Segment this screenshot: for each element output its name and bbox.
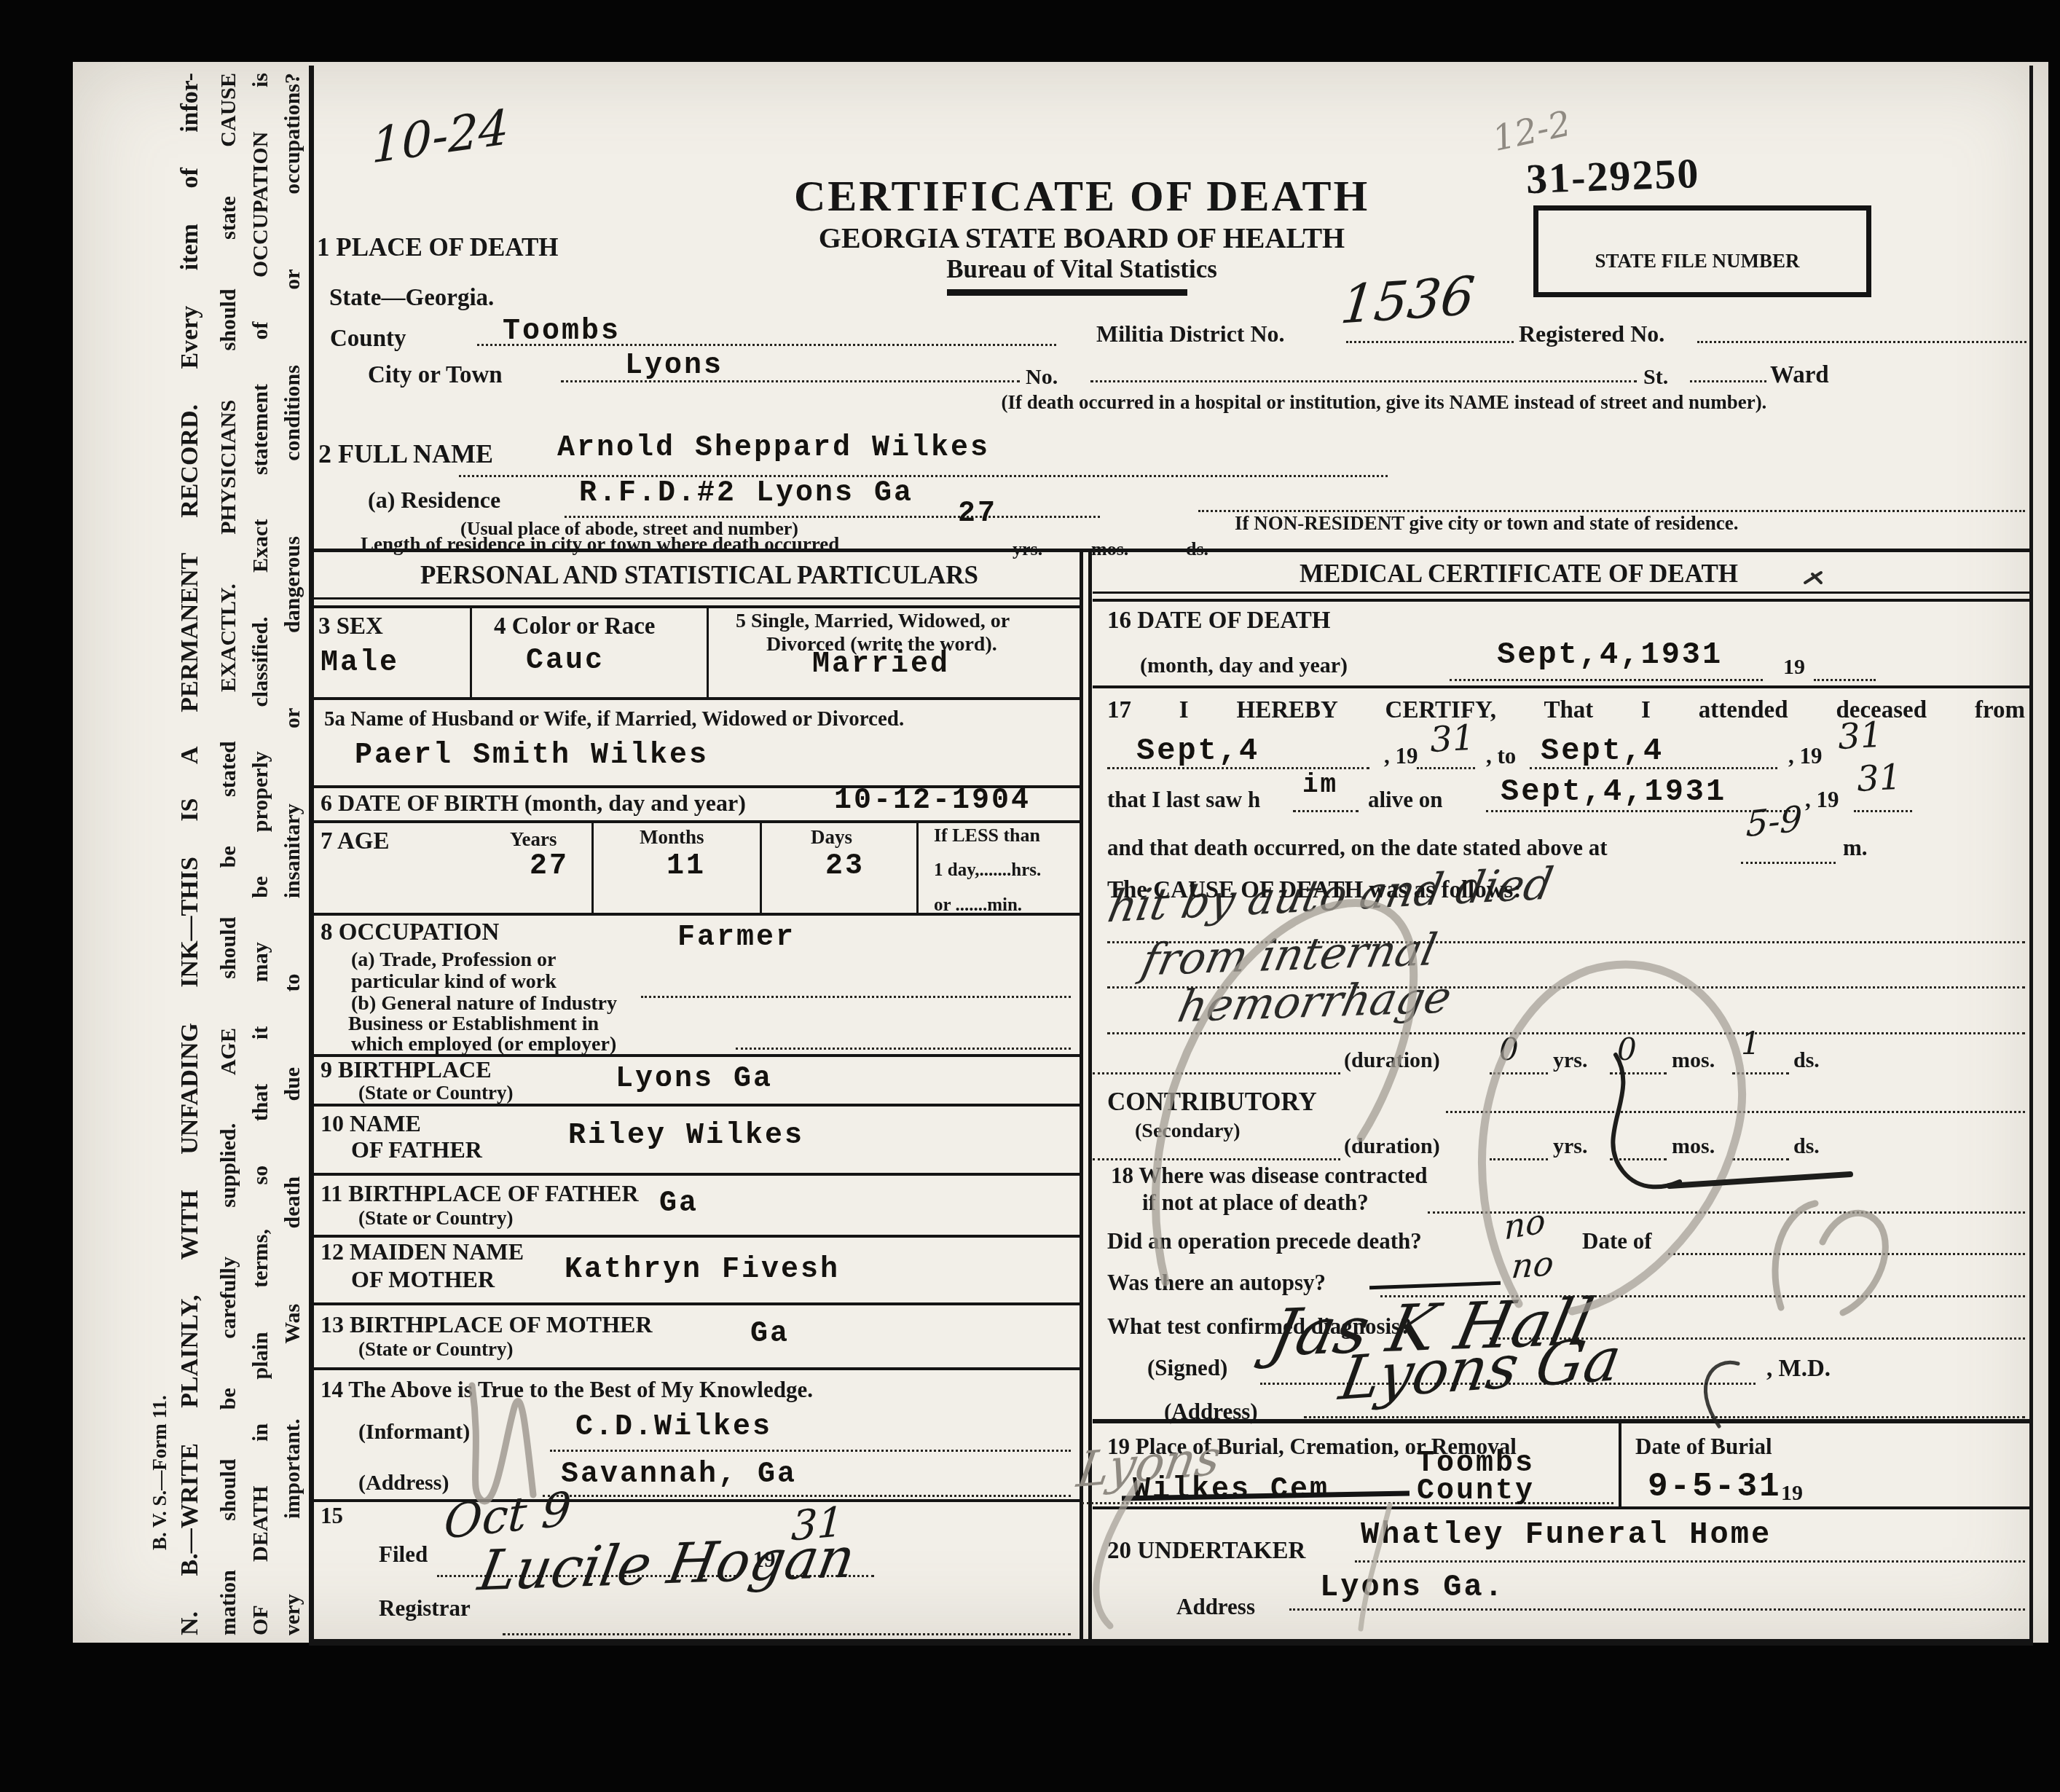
fill-line [1610, 1158, 1667, 1160]
truth-statement: 14 The Above is True to the Best of My K… [321, 1378, 813, 1402]
age-less-note-2: 1 day,.......hrs. [934, 861, 1041, 880]
city-or-town-label: City or Town [368, 363, 503, 388]
fill-line [561, 380, 1020, 382]
fill-line [1417, 767, 1475, 769]
race-value: Cauc [526, 647, 605, 676]
certify-statement: 17 I HEREBY CERTIFY, That I attended dec… [1107, 698, 2025, 723]
mother-maiden-label-1: 12 MAIDEN NAME [321, 1240, 524, 1265]
duration-yrs-label: yrs. [1553, 1049, 1588, 1072]
state-or-country-note: (State or Country) [358, 1082, 513, 1103]
father-name-label-2: OF FATHER [351, 1138, 482, 1163]
death-time-m-label: m. [1843, 836, 1868, 860]
scanned-death-certificate: B. V. S.—Form 11. N. B.—WRITE PLAINLY, W… [0, 0, 2060, 1792]
dob-value: 10-12-1904 [834, 787, 1031, 816]
secondary-label: (Secondary) [1135, 1120, 1241, 1141]
from-19-label: , 19 [1384, 744, 1418, 769]
age-months-label: Months [640, 827, 704, 847]
occupation-b-label-2: Business or Establishment in [348, 1013, 599, 1034]
age-years-value: 27 [530, 852, 569, 881]
fill-line [1289, 1608, 2025, 1611]
fill-line [1854, 810, 1912, 812]
hospital-note: (If death occurred in a hospital or inst… [911, 392, 1857, 412]
registered-no-label: Registered No. [1519, 322, 1664, 347]
last-year-value: 31 [1856, 760, 1903, 797]
birthplace-value: Lyons Ga [616, 1065, 773, 1094]
left-header-rule-b [310, 605, 1082, 608]
death-time-value: 5-9 [1745, 801, 1803, 843]
race-label: 4 Color or Race [494, 614, 655, 640]
signed-address-label: (Address) [1164, 1400, 1258, 1424]
form-left-border [309, 66, 314, 1645]
operation-label: Did an operation precede death? [1107, 1230, 1422, 1254]
duration2-yrs-label: yrs. [1553, 1135, 1588, 1158]
residence-label: (a) Residence [368, 488, 500, 513]
cell-divider [760, 822, 762, 913]
to-19-label: , 19 [1788, 744, 1823, 769]
mother-maiden-label-2: OF MOTHER [351, 1268, 495, 1292]
state-file-number-label: STATE FILE NUMBER [1548, 251, 1847, 271]
fill-line [1107, 1032, 2025, 1034]
row-rule [1093, 1506, 2029, 1509]
row-rule [310, 1367, 1080, 1370]
fill-line [1697, 341, 2026, 343]
occupation-a-label-1: (a) Trade, Profession or [351, 949, 557, 970]
age-less-note-3: or .......min. [934, 896, 1022, 915]
militia-district-value: 1536 [1338, 269, 1477, 331]
cell-divider [591, 822, 594, 913]
to-year-value: 31 [1837, 718, 1884, 755]
last-saw-date-value: Sept,4,1931 [1501, 777, 1726, 807]
age-years-label: Years [510, 829, 557, 849]
contributory-label: CONTRIBUTORY [1107, 1089, 1317, 1116]
death-occurred-label: and that death occurred, on the date sta… [1107, 836, 1608, 860]
registrar-signature: Lucile Hogan [475, 1530, 860, 1598]
father-name-label-1: 10 NAME [321, 1112, 421, 1136]
burial-place-struck-value: Wilkes Cem. [1133, 1476, 1349, 1505]
residence-value: R.F.D.#2 Lyons Ga [579, 479, 913, 508]
age-months-value: 11 [667, 852, 706, 881]
cell-divider [470, 606, 472, 697]
fill-line [550, 1450, 1071, 1452]
fill-line [1690, 380, 1766, 382]
filed-label: Filed [379, 1543, 428, 1567]
last-saw-label-1: that I last saw h [1107, 788, 1260, 812]
spouse-label: 5a Name of Husband or Wife, if Married, … [324, 708, 904, 730]
cell-divider [707, 606, 709, 697]
form-title: CERTIFICATE OF DEATH [765, 173, 1399, 219]
informant-address-value: Savannah, Ga [561, 1461, 797, 1490]
last-saw-label-2: alive on [1368, 788, 1442, 812]
fill-line [1450, 679, 1763, 681]
mother-birthplace-label: 13 BIRTHPLACE OF MOTHER [321, 1313, 653, 1337]
fill-line [1732, 1072, 1789, 1074]
duration-label: (duration) [1344, 1049, 1440, 1072]
form-number-note: B. V. S.—Form 11. [149, 1237, 170, 1550]
form-bureau: Bureau of Vital Statistics [765, 256, 1399, 283]
autopsy-value: no [1510, 1246, 1555, 1283]
fill-line [1090, 380, 1637, 382]
burial-date-label: Date of Burial [1635, 1435, 1772, 1459]
form-bottom-border [309, 1639, 2033, 1646]
duration-label: (duration) [1344, 1135, 1440, 1158]
fill-line [1346, 341, 1514, 343]
row-rule [310, 820, 1080, 823]
undertaker-address-label: Address [1176, 1595, 1255, 1619]
attended-from-value: Sept,4 [1136, 736, 1259, 766]
fill-line [1668, 1253, 2025, 1255]
row-rule [1093, 685, 2029, 688]
fill-line [1530, 767, 1777, 769]
father-name-value: Riley Wilkes [568, 1122, 804, 1151]
duration-ds-label: ds. [1793, 1049, 1820, 1072]
item-15-label: 15 [321, 1504, 343, 1528]
fill-line [641, 996, 1071, 998]
mother-maiden-value: Kathryn Fivesh [565, 1256, 840, 1285]
signed-label: (Signed) [1147, 1356, 1227, 1380]
to-label: , to [1486, 744, 1516, 769]
place-of-death-label: 1 PLACE OF DEATH [317, 235, 559, 262]
occupation-value: Farmer [677, 924, 795, 953]
medical-section-header: MEDICAL CERTIFICATE OF DEATH [1122, 561, 1916, 588]
autopsy-label: Was there an autopsy? [1107, 1271, 1326, 1295]
mother-birthplace-value: Ga [750, 1320, 790, 1349]
fill-line [503, 1633, 1071, 1635]
row-rule [310, 1235, 1080, 1238]
row-rule [310, 1302, 1080, 1305]
attended-to-value: Sept,4 [1541, 736, 1664, 766]
row-rule [310, 1499, 1080, 1502]
duration2-ds-label: ds. [1793, 1135, 1820, 1158]
duration-mos-label: mos. [1672, 1049, 1715, 1072]
fill-line [1093, 1158, 1340, 1160]
marital-label-1: 5 Single, Married, Widowed, or [736, 610, 1010, 632]
street-no-label: No. [1026, 366, 1058, 389]
birthplace-label: 9 BIRTHPLACE [321, 1058, 491, 1082]
length-of-residence-label: Length of residence in city or town wher… [361, 534, 839, 554]
date-of-death-value: Sept,4,1931 [1497, 640, 1723, 670]
margin-note-line-1: N. B.—WRITE PLAINLY, WITH UNFADING INK—T… [177, 73, 203, 1635]
occupation-b-label-3: which employed (or employer) [351, 1034, 616, 1055]
state-or-country-note: (State or Country) [358, 1339, 513, 1359]
left-header-rule-a [310, 597, 1082, 600]
nonresident-note: If NON-RESIDENT give city or town and st… [1235, 513, 1738, 533]
father-birthplace-value: Ga [659, 1190, 699, 1219]
fill-line [1741, 862, 1836, 864]
full-name-label: 2 FULL NAME [318, 441, 493, 468]
disease-contracted-label-2: if not at place of death? [1142, 1191, 1369, 1215]
father-birthplace-label: 11 BIRTHPLACE OF FATHER [321, 1182, 639, 1206]
operation-value: no [1504, 1203, 1545, 1245]
fill-line [543, 1495, 1071, 1497]
duration-yrs-value: 0 [1499, 1034, 1519, 1065]
dod-19-label: 19 [1783, 656, 1805, 679]
undertaker-address-value: Lyons Ga. [1320, 1572, 1505, 1603]
spouse-value: Paerl Smith Wilkes [355, 742, 709, 771]
last-saw-him: im [1302, 772, 1338, 798]
row-rule [310, 1173, 1080, 1176]
row-rule [310, 1104, 1080, 1107]
duration2-mos-label: mos. [1672, 1135, 1715, 1158]
fill-line [1304, 1416, 2025, 1418]
informant-value: C.D.Wilkes [575, 1413, 772, 1442]
city-or-town-value: Lyons [625, 352, 723, 381]
burial-date-value: 9-5-31 [1648, 1470, 1782, 1504]
fill-line [1490, 1072, 1548, 1074]
title-underline [947, 289, 1187, 296]
full-name-value: Arnold Sheppard Wilkes [557, 434, 990, 463]
right-header-rule-a [1093, 592, 2029, 594]
burial-cell-divider [1619, 1422, 1621, 1506]
form-org: GEORGIA STATE BOARD OF HEALTH [765, 223, 1399, 254]
state-file-number-value: 31-29250 [1525, 152, 1700, 202]
margin-note-line-3: OF DEATH in plain terms, so that it may … [249, 73, 272, 1635]
county-value: Toombs [503, 318, 621, 347]
fill-line [477, 344, 1056, 346]
fill-line [1355, 1560, 2025, 1563]
last-19-label: , 19 [1805, 788, 1839, 812]
fill-line [1093, 1072, 1340, 1074]
undertaker-label: 20 UNDERTAKER [1107, 1538, 1305, 1564]
burial-19-label: 19 [1781, 1482, 1803, 1505]
from-year-value: 31 [1429, 720, 1476, 758]
marital-value: Married [812, 651, 950, 680]
operation-date-label: Date of [1582, 1230, 1652, 1254]
fill-line [1610, 1072, 1667, 1074]
fill-line [1490, 1158, 1548, 1160]
yrs-label: yrs. [1013, 539, 1042, 559]
cell-divider [916, 822, 919, 913]
burial-county-value-1: Toombs [1417, 1450, 1535, 1479]
date-of-death-label: 16 DATE OF DEATH [1107, 608, 1331, 634]
cause-line-3: hemorrhage [1174, 975, 1455, 1029]
registrar-label: Registrar [379, 1597, 471, 1621]
residence-years-value: 27 [958, 500, 997, 529]
right-header-rule-b [1093, 599, 2029, 602]
sex-label: 3 SEX [318, 614, 383, 640]
fill-line [736, 1048, 1071, 1050]
ward-label: Ward [1770, 363, 1829, 388]
state-label: State—Georgia. [329, 286, 494, 311]
occupation-b-label-1: (b) General nature of Industry [351, 993, 617, 1014]
md-label: , M.D. [1766, 1356, 1831, 1382]
burial-county-value-2: County [1417, 1477, 1535, 1506]
form-right-border [2029, 66, 2033, 1645]
row-rule [310, 697, 1080, 700]
personal-section-header: PERSONAL AND STATISTICAL PARTICULARS [324, 562, 1074, 589]
duration-mos-value: 0 [1617, 1034, 1637, 1065]
margin-note-line-2: mation should be carefully supplied. AGE… [217, 73, 240, 1635]
fill-line [1814, 679, 1876, 681]
informant-label: (Informant) [358, 1420, 470, 1444]
militia-district-label: Militia District No. [1096, 322, 1285, 347]
duration-ds-value: 1 [1741, 1029, 1761, 1059]
age-days-value: 23 [825, 852, 865, 881]
age-less-note-1: If LESS than [934, 825, 1040, 845]
undertaker-value: Whatley Funeral Home [1361, 1520, 1772, 1550]
age-days-label: Days [811, 827, 852, 847]
disease-contracted-label-1: 18 Where was disease contracted [1111, 1164, 1428, 1188]
fill-line [1446, 1111, 2025, 1113]
informant-address-label: (Address) [358, 1471, 449, 1495]
date-of-death-sub: (month, day and year) [1140, 654, 1348, 677]
county-label: County [330, 326, 406, 352]
age-label: 7 AGE [321, 829, 389, 854]
fill-line [1732, 1158, 1789, 1160]
fill-line [1107, 767, 1369, 769]
sex-value: Male [321, 649, 399, 678]
occupation-label: 8 OCCUPATION [321, 920, 499, 946]
fill-line [1293, 810, 1359, 812]
dob-label: 6 DATE OF BIRTH (month, day and year) [321, 791, 746, 816]
margin-note-line-4: very important. Was death due to insanit… [281, 73, 304, 1635]
st-label: St. [1643, 366, 1668, 389]
state-or-country-note: (State or Country) [358, 1208, 513, 1228]
mos-label: mos. [1091, 539, 1128, 559]
occupation-a-label-2: particular kind of work [351, 971, 557, 992]
ds-label: ds. [1186, 539, 1208, 559]
